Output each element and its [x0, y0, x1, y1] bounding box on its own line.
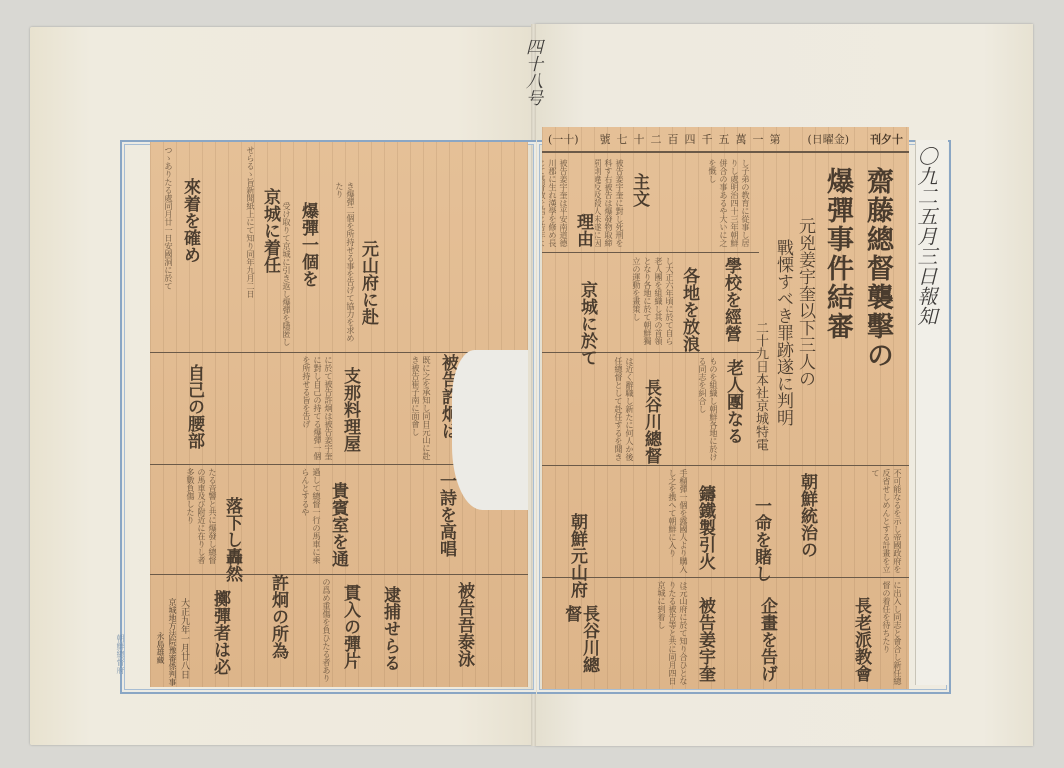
left-subhead-7: 自己の腰部	[184, 364, 202, 449]
left-subhead-12: 擲彈者は必	[210, 590, 228, 675]
torn-paper-area	[452, 350, 528, 510]
subhead-korea-rule: 朝鮮統治の	[797, 473, 815, 558]
left-body-6: 既に之を承知し同日元山に赴き被告崔子南に面會し	[362, 356, 432, 460]
subhead-hasegawa-1: 長谷川總督	[641, 379, 659, 464]
left-subhead-3: 京城に着任	[260, 188, 278, 273]
subheadline-1: 元兇姜宇奎以下三人の	[795, 217, 813, 387]
subhead-hasegawa-2: 長谷川總督	[561, 605, 597, 689]
subhead-elders-group: 老人團なる	[723, 359, 741, 444]
edition-number: (一十)	[548, 131, 579, 147]
right-newspaper-clipping: (一十) 號七十二百四千五萬一第 (日曜金) 刊夕十 齋藤總督襲擊の 爆彈事件結…	[542, 127, 909, 689]
subhead-risk-life: 一命を賭し	[751, 497, 769, 582]
left-body-10: たる音響と共に爆發し總督の馬車及び附近に在りし者多數負傷したり	[152, 468, 218, 568]
subhead-main-text: 主文	[629, 173, 647, 207]
subheadline-2: 戰慄すべき罪跡遂に判明	[773, 239, 791, 426]
korea-rule-body: 不可能なるを示し帝國政府を反省せしめんとする計畫を立て	[819, 469, 903, 573]
judgment-date: 大正九年一月廿八日	[179, 598, 188, 679]
wandering-body: し大正六年頃に於て自ら老人團を組織し其の首領となり各地に於て朝鮮獨立の運動を畫策…	[605, 257, 675, 349]
subhead-wandering: 各地を放浪	[679, 267, 697, 352]
left-body-9: 過して總督一行の馬車に乘らんとするや	[244, 468, 322, 568]
left-subhead-15: 許炯の所為	[268, 574, 286, 659]
subhead-keijo: 京城に於て	[577, 281, 595, 366]
left-subhead-5: 支那料理屋	[340, 367, 358, 452]
reasons-body: 被告姜宇奎は平安南道德川郡に生れ漢學を修め長じて基督教を信じ若年より各地を放浪し…	[542, 159, 569, 249]
elders-group-body: ものを組織し朝鮮各地に於ける同志を糾合し	[665, 357, 719, 461]
dateline: 二十九日本社京城特電	[753, 321, 767, 451]
judge-name: 永島雄藏	[156, 632, 164, 664]
subhead-announce-plan: 企畫を告げ	[757, 597, 775, 682]
left-subhead-9: 貴賓室を通	[328, 482, 346, 567]
left-subhead-14: 被告吾泰泳	[454, 582, 472, 667]
presbyterian-body: に出入し同志と會合し新任總督の着任を待ちたり	[873, 581, 903, 687]
masthead: (一十) 號七十二百四千五萬一第 (日曜金) 刊夕十	[542, 127, 909, 153]
subhead-reasons: 理由	[573, 213, 591, 247]
left-subhead-11: 貫入の彈片	[340, 584, 358, 669]
left-subhead-1: 爆彈一個を	[298, 202, 316, 287]
headline-line2: 爆彈事件結審	[823, 167, 851, 341]
left-body-2: き爆彈二個を所持せる事を告げて協力を求めたり	[316, 182, 356, 347]
hasegawa-body-1: は近く辭職し新たに何人か後任總督として赴任するを聞き	[545, 357, 635, 461]
left-subhead-10: 落下し轟然	[222, 497, 240, 582]
left-body-3: せらるゝ旨新聞紙上にて知り同年九月二日	[201, 146, 256, 346]
left-body-4: つゝありたる處同月廿一日安國洞に於て	[150, 146, 174, 346]
right-body-top: し子弟の教育に從事し居りし處明治四十三年朝鮮併合の事あるや大いに之を慨し	[707, 159, 751, 249]
paper-edition: 刊夕十	[870, 131, 903, 147]
library-stamp: 朝鮮總督府	[98, 634, 126, 678]
subhead-cast-iron: 鑄鐵製引火	[695, 485, 713, 570]
handwritten-issue-number: 四十八号	[520, 38, 545, 106]
left-body-11: の爲め重傷を負ひたる者あり	[292, 578, 332, 686]
cast-iron-body: 手榴彈一個を露國人より購入し之を携へて朝鮮に入り	[589, 469, 689, 573]
left-subhead-2: 元山府に赴	[358, 240, 376, 325]
handwritten-source-date: 〇九二五月三日報知	[916, 146, 936, 326]
left-subhead-13: 逮捕せらる	[380, 586, 398, 671]
left-subhead-8: 一詩を高唱	[436, 472, 454, 557]
left-body-5: に於て被告許炯は被告姜宇奎に對し自己の持てる爆彈一個を所持せる旨を告げ	[234, 356, 334, 460]
defendant-kang-body: は元山府に於て知り合ひとなりたる被告等と共に同月四日京城に到着し	[601, 581, 689, 687]
headline-line1: 齋藤總督襲擊の	[863, 167, 891, 370]
issue-number: 號七十二百四千五萬一第	[600, 131, 787, 147]
main-text-body: 被告姜宇奎に對し死刑を科す右被告は爆發物取締罰則違反及殺人未遂に因り京城地方法院…	[595, 159, 625, 249]
court-name: 京城地方法院豫審係判事	[168, 598, 176, 686]
subhead-defendant-kang: 被告姜宇奎	[695, 597, 713, 682]
subhead-school: 學校を經營	[721, 257, 739, 342]
left-subhead-4: 來着を確め	[180, 178, 198, 263]
subhead-presbyterian: 長老派教會	[851, 597, 869, 682]
subhead-wonsan: 朝鮮元山府	[567, 513, 585, 598]
issue-day: (日曜金)	[807, 131, 849, 147]
